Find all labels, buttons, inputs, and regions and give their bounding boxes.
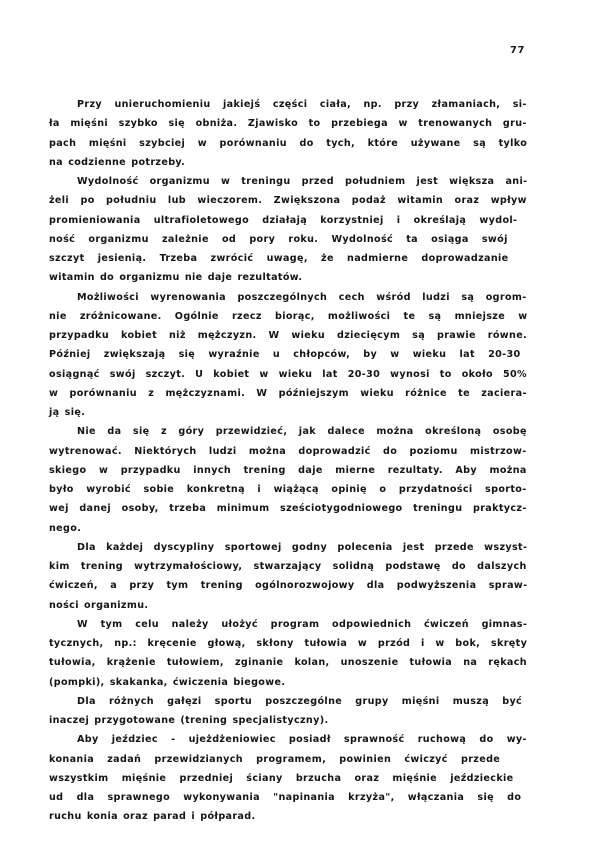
text-line: ud dla sprawnego wykonywania "napinania … [49,788,529,807]
text-line: Dla różnych gałęzi sportu poszczególne g… [49,692,529,711]
text-line: ćwiczeń, a przy tym trening ogólnorozwoj… [49,576,529,595]
paragraph: Nie da się z góry przewidzieć, jak dalec… [49,422,529,538]
text-line: w porównaniu z mężczyznami. W późniejszy… [49,384,529,403]
text-line: konania zadań przewidzianych programem, … [49,750,529,769]
text-line: witamin do organizmu nie daje rezultatów… [49,268,529,287]
text-line: ruchu konia oraz parad i półparad. [49,807,529,826]
text-line: Przy unieruchomieniu jakiejś części ciał… [49,95,529,114]
text-line: żeli po południu lub wieczorem. Zwiększo… [49,191,529,210]
text-line: ność organizmu zależnie od pory roku. Wy… [49,230,529,249]
text-line: Aby jeździec - ujeżdżeniowiec posiadł sp… [49,730,529,749]
paragraph: Aby jeździec - ujeżdżeniowiec posiadł sp… [49,730,529,826]
text-line: wszystkim mięśnie przedniej ściany brzuc… [49,769,529,788]
text-line: Możliwości wyrenowania poszczególnych ce… [49,288,529,307]
text-line: inaczej przygotowane (trening specjalist… [49,711,529,730]
text-line: Później zwiększają się wyraźnie u chłopc… [49,345,529,364]
document-page: 77 Przy unieruchomieniu jakiejś części c… [0,0,605,851]
text-line: na codzienne potrzeby. [49,153,529,172]
text-line: W tym celu należy ułożyć program odpowie… [49,615,529,634]
text-line: wej danej osoby, trzeba minimum sześciot… [49,499,529,518]
text-line: szczyt jesienią. Trzeba zwrócić uwagę, ż… [49,249,529,268]
text-line: nie zróżnicowane. Ogólnie rzecz biorąc, … [49,307,529,326]
paragraph: Dla każdej dyscypliny sportowej godny po… [49,538,529,615]
text-line: ją się. [49,403,529,422]
body-text: Przy unieruchomieniu jakiejś części ciał… [49,95,529,827]
text-line: promieniowania ultrafioletowego działają… [49,211,529,230]
text-line: pach mięśni szybciej w porównaniu do tyc… [49,134,529,153]
text-line: osiągnąć swój szczyt. U kobiet w wieku l… [49,365,529,384]
text-line: tułowia, krążenie tułowiem, zginanie kol… [49,653,529,672]
text-line: Dla każdej dyscypliny sportowej godny po… [49,538,529,557]
paragraph: W tym celu należy ułożyć program odpowie… [49,615,529,692]
paragraph: Przy unieruchomieniu jakiejś części ciał… [49,95,529,172]
text-line: nego. [49,519,529,538]
text-line: Wydolność organizmu w treningu przed poł… [49,172,529,191]
text-line: Nie da się z góry przewidzieć, jak dalec… [49,422,529,441]
paragraph: Wydolność organizmu w treningu przed poł… [49,172,529,288]
paragraph: Możliwości wyrenowania poszczególnych ce… [49,288,529,423]
text-line: skiego w przypadku innych trening daje m… [49,461,529,480]
text-line: przypadku kobiet niż mężczyzn. W wieku d… [49,326,529,345]
text-line: ła mięśni szybko się obniża. Zjawisko to… [49,114,529,133]
text-line: kim trening wytrzymałościowy, stwarzając… [49,557,529,576]
text-line: wytrenować. Niektórych ludzi można dopro… [49,442,529,461]
page-number: 77 [510,45,525,56]
text-line: było wyrobić sobie konkretną i wiążącą o… [49,480,529,499]
text-line: ności organizmu. [49,596,529,615]
paragraph: Dla różnych gałęzi sportu poszczególne g… [49,692,529,731]
text-line: tycznych, np.: kręcenie głową, skłony tu… [49,634,529,653]
text-line: (pompki), skakanka, ćwiczenia biegowe. [49,673,529,692]
